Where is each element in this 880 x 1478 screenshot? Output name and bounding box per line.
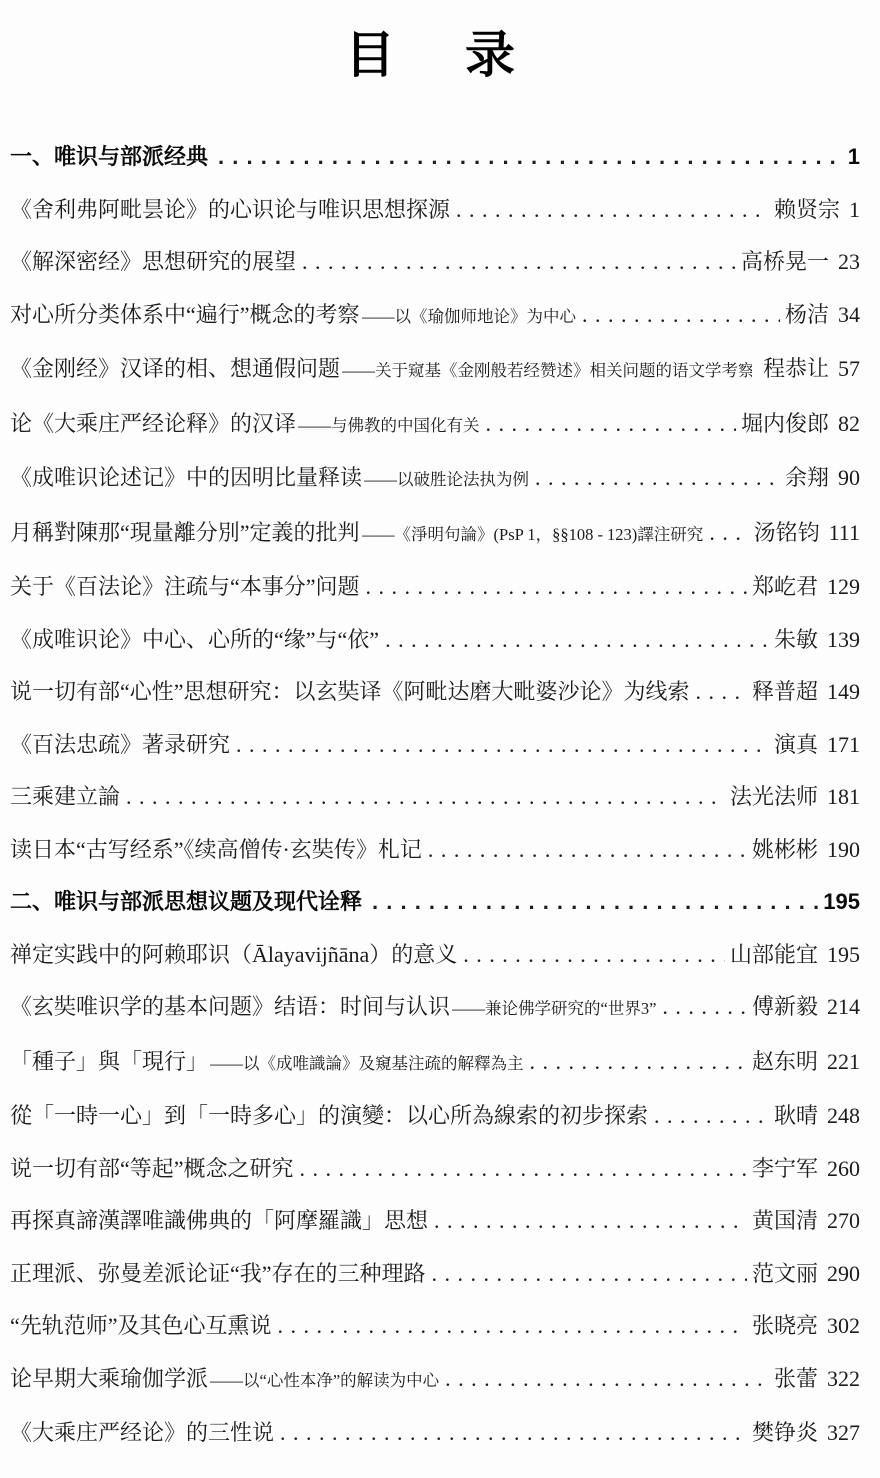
section-heading-text: 二、唯识与部派思想议题及现代诠释 xyxy=(10,890,362,913)
toc-section-heading: 一、唯识与部派经典 1 xyxy=(10,145,860,168)
entry-author: 张晓亮 xyxy=(752,1314,818,1337)
entry-page-number: 302 xyxy=(827,1314,860,1337)
entry-author: 程恭让 xyxy=(763,357,829,380)
section-page-number: 195 xyxy=(823,890,860,913)
entry-subtitle: ——以破胜论法执为例 xyxy=(364,468,529,491)
entry-title: 说一切有部“等起”概念之研究 xyxy=(10,1157,294,1180)
toc-entry: 《玄奘唯识学的基本问题》结语：时间与认识 ——兼论佛学研究的“世界3” 傅新毅 … xyxy=(10,995,860,1020)
entry-title: 《成唯识论》中心、心所的“缘”与“依” xyxy=(10,628,379,651)
dot-leader xyxy=(278,1314,747,1337)
toc-entry: 《成唯识论述记》中的因明比量释读 ——以破胜论法执为例 余翔 90 xyxy=(10,466,860,491)
dot-leader xyxy=(535,466,780,489)
entry-page-number: 322 xyxy=(827,1367,860,1390)
entry-page-number: 1 xyxy=(849,198,860,221)
entry-title: 论早期大乘瑜伽学派 xyxy=(10,1367,208,1390)
dot-leader xyxy=(709,521,748,544)
entry-page-number: 139 xyxy=(827,628,860,651)
toc-list: 一、唯识与部派经典 1 《舍利弗阿毗昙论》的心识论与唯识思想探源 赖贤宗 1 《… xyxy=(10,145,860,1444)
entry-author: 朱敏 xyxy=(774,628,818,651)
toc-entry: 读日本“古写经系”《续高僧传·玄奘传》札记 姚彬彬 190 xyxy=(10,838,860,861)
entry-title: 「種子」與「現行」 xyxy=(10,1050,208,1073)
dot-leader xyxy=(662,995,747,1018)
entry-author: 高桥晃一 xyxy=(741,250,829,273)
entry-title: 《成唯识论述记》中的因明比量释读 xyxy=(10,466,362,489)
dot-leader xyxy=(456,198,769,221)
entry-title: 《大乘庄严经论》的三性说 xyxy=(10,1421,274,1444)
entry-title: 從「一時一心」到「一時多心」的演變：以心所為線索的初步探索 xyxy=(10,1104,648,1127)
section-heading-text: 一、唯识与部派经典 xyxy=(10,145,208,168)
toc-entry: 说一切有部“等起”概念之研究 李宁军 260 xyxy=(10,1157,860,1180)
entry-subtitle: ——与佛教的中国化有关 xyxy=(298,414,480,437)
entry-title: 《百法忠疏》著录研究 xyxy=(10,733,230,756)
entry-author: 姚彬彬 xyxy=(752,838,818,861)
dot-leader xyxy=(486,412,736,435)
toc-entry: 《舍利弗阿毗昙论》的心识论与唯识思想探源 赖贤宗 1 xyxy=(10,198,860,221)
entry-author: 堀内俊郎 xyxy=(741,412,829,435)
entry-page-number: 149 xyxy=(827,680,860,703)
entry-author: 余翔 xyxy=(785,466,829,489)
toc-entry: 《解深密经》思想研究的展望 高桥晃一 23 xyxy=(10,250,860,273)
toc-entry: 正理派、弥曼差派论证“我”存在的三种理路 范文丽 290 xyxy=(10,1262,860,1285)
entry-author: 山部能宜 xyxy=(730,943,818,966)
entry-page-number: 270 xyxy=(827,1209,860,1232)
toc-entry: 《金刚经》汉译的相、想通假问题 ——关于窥基《金刚般若经赞述》相关问题的语文学考… xyxy=(10,357,860,382)
dot-leader xyxy=(280,1421,747,1444)
entry-subtitle: ——以《成唯識論》及窺基注疏的解釋為主 xyxy=(210,1052,524,1075)
dot-leader xyxy=(654,1104,769,1127)
page-title: 目 录 xyxy=(10,28,860,83)
toc-entry: 《百法忠疏》著录研究 演真 171 xyxy=(10,733,860,756)
section-page-number: 1 xyxy=(848,145,860,168)
entry-page-number: 221 xyxy=(827,1050,860,1073)
entry-title: 《解深密经》思想研究的展望 xyxy=(10,250,296,273)
entry-title: “先轨范师”及其色心互熏说 xyxy=(10,1314,272,1337)
dot-leader xyxy=(434,1209,747,1232)
entry-author: 耿晴 xyxy=(774,1104,818,1127)
entry-author: 张蕾 xyxy=(774,1367,818,1390)
entry-author: 傅新毅 xyxy=(752,995,818,1018)
dot-leader xyxy=(302,250,736,273)
entry-page-number: 90 xyxy=(838,466,860,489)
toc-entry: 论早期大乘瑜伽学派 ——以“心性本净”的解读为中心 张蕾 322 xyxy=(10,1367,860,1392)
entry-title: 《金刚经》汉译的相、想通假问题 xyxy=(10,357,340,380)
entry-author: 范文丽 xyxy=(752,1262,818,1285)
entry-author: 赖贤宗 xyxy=(774,198,840,221)
entry-title: 说一切有部“心性”思想研究：以玄奘译《阿毗达磨大毗婆沙论》为线索 xyxy=(10,680,690,703)
toc-entry: 对心所分类体系中“遍行”概念的考察 ——以《瑜伽师地论》为中心 杨洁 34 xyxy=(10,303,860,328)
entry-page-number: 290 xyxy=(827,1262,860,1285)
entry-page-number: 195 xyxy=(827,943,860,966)
dot-leader xyxy=(428,838,747,861)
entry-author: 樊铮炎 xyxy=(752,1421,818,1444)
dot-leader xyxy=(432,1262,747,1285)
entry-author: 李宁军 xyxy=(752,1157,818,1180)
entry-subtitle: ——《淨明句論》(PsP 1，§§108 - 123)譯注研究 xyxy=(362,523,704,546)
entry-page-number: 23 xyxy=(838,250,860,273)
toc-entry: 再探真諦漢譯唯識佛典的「阿摩羅識」思想 黄国清 270 xyxy=(10,1209,860,1232)
entry-author: 黄国清 xyxy=(752,1209,818,1232)
entry-author: 释普超 xyxy=(752,680,818,703)
toc-entry: 「種子」與「現行」 ——以《成唯識論》及窺基注疏的解釋為主 赵东明 221 xyxy=(10,1050,860,1075)
entry-author: 赵东明 xyxy=(752,1050,818,1073)
toc-page: 目 录 一、唯识与部派经典 1 《舍利弗阿毗昙论》的心识论与唯识思想探源 赖贤宗… xyxy=(10,28,860,1444)
entry-page-number: 129 xyxy=(827,575,860,598)
toc-entry: 禅定实践中的阿赖耶识（Ālayavijñāna）的意义 山部能宜 195 xyxy=(10,943,860,966)
entry-author: 杨洁 xyxy=(785,303,829,326)
entry-subtitle: ——兼论佛学研究的“世界3” xyxy=(452,997,656,1020)
entry-page-number: 171 xyxy=(827,733,860,756)
dot-leader xyxy=(236,733,769,756)
toc-entry: 三乘建立論 法光法师 181 xyxy=(10,785,860,808)
toc-entry: 月稱對陳那“現量離分別”定義的批判 ——《淨明句論》(PsP 1，§§108 -… xyxy=(10,521,860,546)
dot-leader xyxy=(445,1367,769,1390)
dot-leader xyxy=(385,628,769,651)
dot-leader xyxy=(126,785,725,808)
entry-page-number: 327 xyxy=(827,1421,860,1444)
toc-entry: 说一切有部“心性”思想研究：以玄奘译《阿毗达磨大毗婆沙论》为线索 释普超 149 xyxy=(10,680,860,703)
entry-author: 郑屹君 xyxy=(752,575,818,598)
entry-title: 禅定实践中的阿赖耶识（Ālayavijñāna）的意义 xyxy=(10,943,457,966)
dot-leader xyxy=(300,1157,747,1180)
entry-page-number: 111 xyxy=(829,521,860,544)
toc-entry: “先轨范师”及其色心互熏说 张晓亮 302 xyxy=(10,1314,860,1337)
entry-page-number: 260 xyxy=(827,1157,860,1180)
entry-title: 三乘建立論 xyxy=(10,785,120,808)
entry-subtitle: ——以《瑜伽师地论》为中心 xyxy=(362,305,577,328)
toc-entry: 关于《百法论》注疏与“本事分”问题 郑屹君 129 xyxy=(10,575,860,598)
toc-entry: 從「一時一心」到「一時多心」的演變：以心所為線索的初步探索 耿晴 248 xyxy=(10,1104,860,1127)
dot-leader xyxy=(372,890,818,913)
entry-subtitle: ——以“心性本净”的解读为中心 xyxy=(210,1369,439,1392)
entry-title: 对心所分类体系中“遍行”概念的考察 xyxy=(10,303,360,326)
entry-author: 汤铭钧 xyxy=(754,521,820,544)
entry-title: 论《大乘庄严经论释》的汉译 xyxy=(10,412,296,435)
entry-page-number: 82 xyxy=(838,412,860,435)
dot-leader xyxy=(696,680,747,703)
entry-title: 正理派、弥曼差派论证“我”存在的三种理路 xyxy=(10,1262,426,1285)
entry-title: 读日本“古写经系”《续高僧传·玄奘传》札记 xyxy=(10,838,422,861)
entry-page-number: 248 xyxy=(827,1104,860,1127)
entry-author: 演真 xyxy=(774,733,818,756)
entry-title: 《舍利弗阿毗昙论》的心识论与唯识思想探源 xyxy=(10,198,450,221)
entry-page-number: 190 xyxy=(827,838,860,861)
toc-entry: 《大乘庄严经论》的三性说 樊铮炎 327 xyxy=(10,1421,860,1444)
toc-entry: 《成唯识论》中心、心所的“缘”与“依” 朱敏 139 xyxy=(10,628,860,651)
dot-leader xyxy=(366,575,747,598)
entry-author: 法光法师 xyxy=(730,785,818,808)
dot-leader xyxy=(218,145,843,168)
dot-leader xyxy=(463,943,725,966)
toc-entry: 论《大乘庄严经论释》的汉译 ——与佛教的中国化有关 堀内俊郎 82 xyxy=(10,412,860,437)
dot-leader xyxy=(530,1050,747,1073)
entry-title: 再探真諦漢譯唯識佛典的「阿摩羅識」思想 xyxy=(10,1209,428,1232)
entry-title: 《玄奘唯识学的基本问题》结语：时间与认识 xyxy=(10,995,450,1018)
entry-page-number: 34 xyxy=(838,303,860,326)
entry-page-number: 214 xyxy=(827,995,860,1018)
entry-page-number: 181 xyxy=(827,785,860,808)
entry-subtitle: ——关于窥基《金刚般若经赞述》相关问题的语文学考察 xyxy=(342,359,752,382)
entry-title: 关于《百法论》注疏与“本事分”问题 xyxy=(10,575,360,598)
entry-page-number: 57 xyxy=(838,357,860,380)
entry-title: 月稱對陳那“現量離分別”定義的批判 xyxy=(10,521,360,544)
dot-leader xyxy=(582,303,780,326)
toc-section-heading: 二、唯识与部派思想议题及现代诠释 195 xyxy=(10,890,860,913)
